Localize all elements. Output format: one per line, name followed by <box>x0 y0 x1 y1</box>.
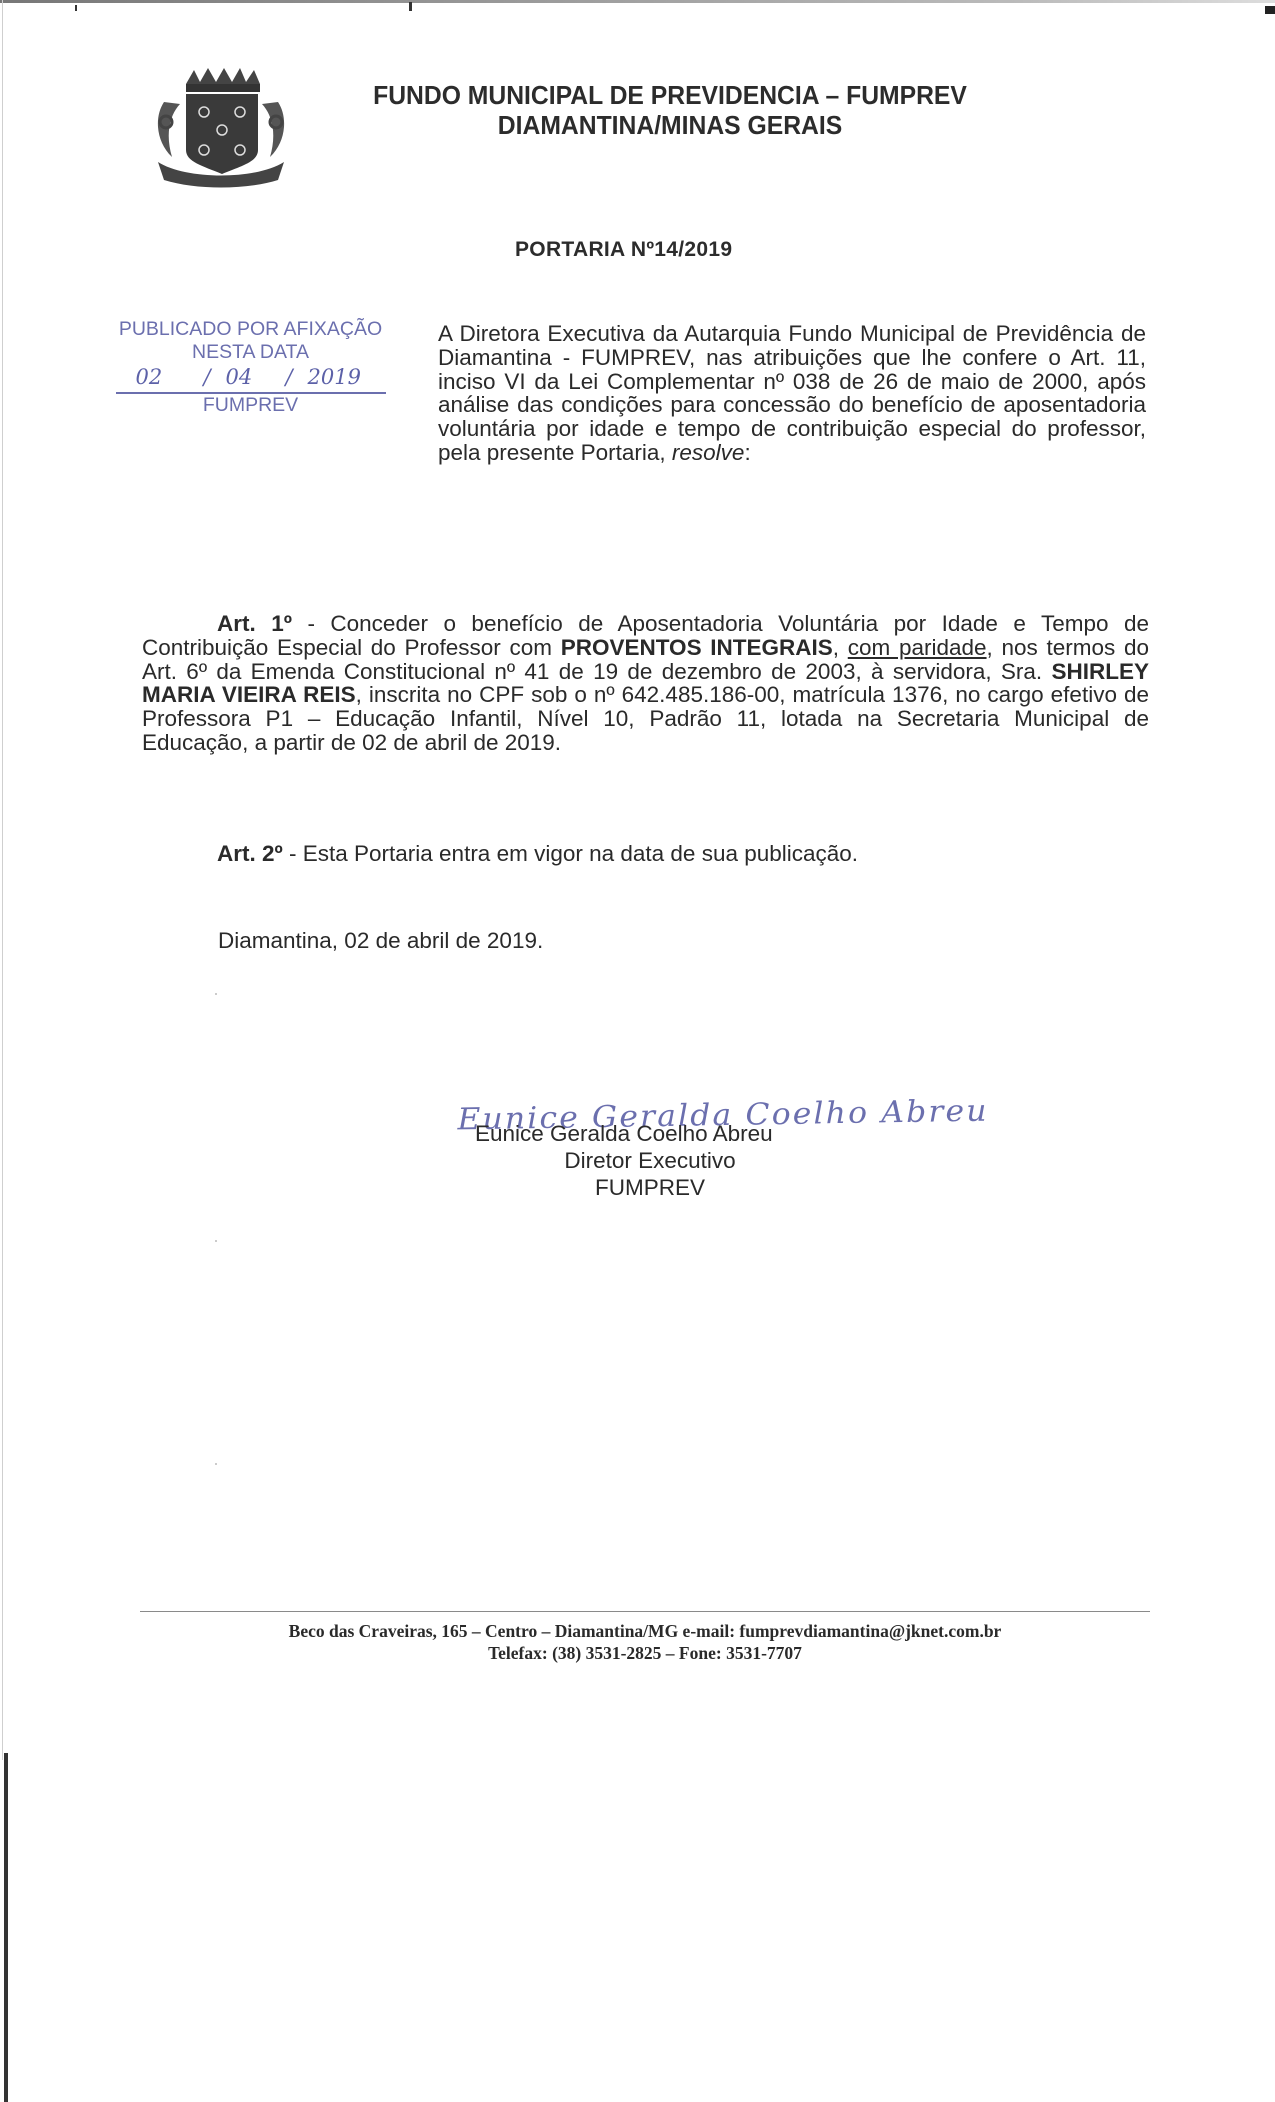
scan-left-border <box>4 1753 8 2102</box>
organization-location: DIAMANTINA/MINAS GERAIS <box>319 110 1022 140</box>
stamp-month: 04 <box>226 364 253 390</box>
document-title: PORTARIA Nº14/2019 <box>515 238 732 262</box>
footer-contact: Beco das Craveiras, 165 – Centro – Diama… <box>140 1620 1150 1664</box>
signatory-org: FUMPREV <box>470 1174 830 1201</box>
article-1: Art. 1º - Conceder o benefício de Aposen… <box>142 612 1149 755</box>
stamp-line2: NESTA DATA <box>108 341 393 364</box>
stamp-line1: PUBLICADO POR AFIXAÇÃO <box>108 318 393 341</box>
stamp-sep1: / <box>204 364 211 390</box>
scan-speck <box>215 1240 217 1242</box>
stamp-year: 2019 <box>308 364 361 390</box>
resolve-word: resolve <box>672 440 745 465</box>
publication-stamp: PUBLICADO POR AFIXAÇÃO NESTA DATA 02 / 0… <box>108 318 393 417</box>
scan-left-edge <box>2 0 3 1760</box>
scan-edge-mark <box>1265 6 1275 14</box>
stamp-org: FUMPREV <box>108 394 393 417</box>
stamp-sep2: / <box>286 364 293 390</box>
preamble-text: A Diretora Executiva da Autarquia Fundo … <box>438 322 1146 465</box>
signatory-role: Diretor Executivo <box>470 1147 830 1174</box>
scan-speck <box>75 5 77 11</box>
signatory-name: Eunice Geralda Coelho Abreu <box>475 1120 830 1147</box>
signature-block: Eunice Geralda Coelho Abreu Diretor Exec… <box>470 1120 830 1201</box>
benefit-type: PROVENTOS INTEGRAIS <box>561 635 833 660</box>
preamble: A Diretora Executiva da Autarquia Fundo … <box>438 322 1146 465</box>
footer-phone: Telefax: (38) 3531-2825 – Fone: 3531-770… <box>140 1642 1150 1664</box>
coat-of-arms-icon <box>146 62 296 190</box>
scan-speck <box>409 2 412 11</box>
parity-clause: com paridade <box>848 635 987 660</box>
scan-top-edge <box>0 0 1275 3</box>
footer-divider <box>140 1611 1150 1612</box>
organization-name: FUNDO MUNICIPAL DE PREVIDENCIA – FUMPREV <box>319 80 1022 110</box>
stamp-day: 02 <box>136 364 163 390</box>
footer-address: Beco das Craveiras, 165 – Centro – Diama… <box>140 1620 1150 1642</box>
article-1-label: Art. 1º <box>217 611 292 636</box>
stamp-date: 02 / 04 / 2019 <box>116 364 386 394</box>
scan-speck <box>215 993 217 995</box>
organization-header: FUNDO MUNICIPAL DE PREVIDENCIA – FUMPREV… <box>300 80 1040 140</box>
article-2: Art. 2º - Esta Portaria entra em vigor n… <box>142 842 1149 866</box>
place-and-date: Diamantina, 02 de abril de 2019. <box>218 928 543 954</box>
scan-speck <box>215 1463 217 1465</box>
article-2-label: Art. 2º <box>217 841 283 866</box>
